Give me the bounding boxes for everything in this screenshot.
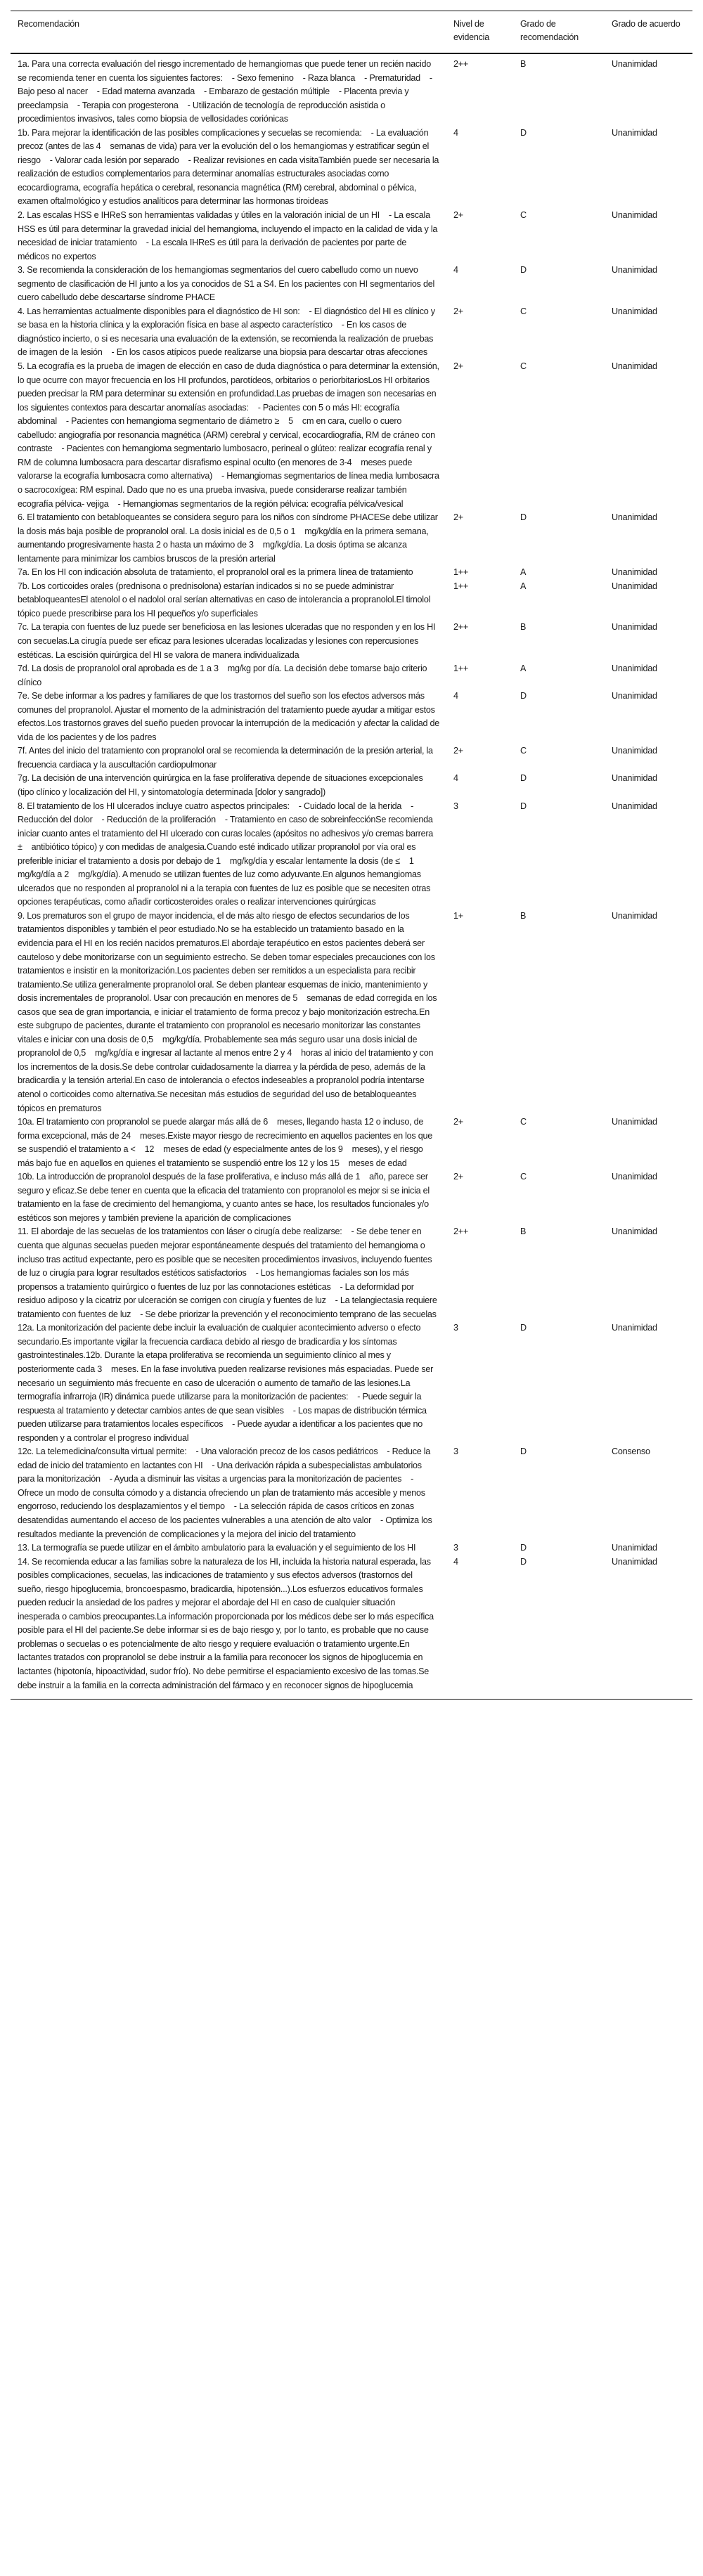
- cell-recommendation-grade: C: [513, 1115, 605, 1170]
- cell-recommendation: 8. El tratamiento de los HI ulcerados in…: [11, 800, 446, 910]
- cell-evidence-level: 1+: [446, 910, 513, 1115]
- cell-recommendation-grade: B: [513, 53, 605, 127]
- header-agreement-grade: Grado de acuerdo: [605, 11, 692, 54]
- cell-agreement-grade: Unanimidad: [605, 621, 692, 662]
- cell-evidence-level: 4: [446, 772, 513, 799]
- cell-recommendation: 7d. La dosis de propranolol oral aprobad…: [11, 662, 446, 690]
- cell-recommendation: 10a. El tratamiento con propranolol se p…: [11, 1115, 446, 1170]
- table-row: 7g. La decisión de una intervención quir…: [11, 772, 692, 799]
- cell-recommendation: 10b. La introducción de propranolol desp…: [11, 1170, 446, 1225]
- cell-evidence-level: 2+: [446, 360, 513, 511]
- cell-recommendation: 12c. La telemedicina/consulta virtual pe…: [11, 1445, 446, 1541]
- cell-agreement-grade: Unanimidad: [605, 800, 692, 910]
- cell-recommendation: 9. Los prematuros son el grupo de mayor …: [11, 910, 446, 1115]
- cell-evidence-level: 4: [446, 127, 513, 209]
- table-row: 7c. La terapia con fuentes de luz puede …: [11, 621, 692, 662]
- cell-recommendation: 3. Se recomienda la consideración de los…: [11, 264, 446, 305]
- cell-evidence-level: 2+: [446, 1170, 513, 1225]
- table-row: 7a. En los HI con indicación absoluta de…: [11, 566, 692, 580]
- cell-recommendation-grade: D: [513, 264, 605, 305]
- table-row: 2. Las escalas HSS e IHReS son herramien…: [11, 209, 692, 264]
- cell-recommendation-grade: D: [513, 1555, 605, 1700]
- header-row: Recomendación Nivel de evidencia Grado d…: [11, 11, 692, 54]
- recommendations-table: Recomendación Nivel de evidencia Grado d…: [11, 11, 692, 1700]
- cell-recommendation: 14. Se recomienda educar a las familias …: [11, 1555, 446, 1700]
- cell-evidence-level: 2+: [446, 744, 513, 772]
- table-row: 6. El tratamiento con betabloqueantes se…: [11, 511, 692, 566]
- cell-recommendation: 7f. Antes del inicio del tratamiento con…: [11, 744, 446, 772]
- cell-recommendation-grade: C: [513, 744, 605, 772]
- table-row: 7e. Se debe informar a los padres y fami…: [11, 690, 692, 744]
- cell-recommendation-grade: B: [513, 1225, 605, 1321]
- cell-evidence-level: 1++: [446, 662, 513, 690]
- cell-agreement-grade: Unanimidad: [605, 744, 692, 772]
- cell-evidence-level: 3: [446, 1541, 513, 1555]
- cell-recommendation-grade: A: [513, 566, 605, 580]
- table-row: 4. Las herramientas actualmente disponib…: [11, 305, 692, 360]
- cell-evidence-level: 4: [446, 1555, 513, 1700]
- table-row: 1b. Para mejorar la identificación de la…: [11, 127, 692, 209]
- cell-agreement-grade: Unanimidad: [605, 566, 692, 580]
- cell-evidence-level: 3: [446, 1321, 513, 1445]
- table-row: 3. Se recomienda la consideración de los…: [11, 264, 692, 305]
- cell-evidence-level: 4: [446, 690, 513, 744]
- cell-evidence-level: 2+: [446, 1115, 513, 1170]
- table-row: 1a. Para una correcta evaluación del rie…: [11, 53, 692, 127]
- cell-recommendation-grade: C: [513, 305, 605, 360]
- cell-recommendation: 11. El abordaje de las secuelas de los t…: [11, 1225, 446, 1321]
- cell-recommendation-grade: D: [513, 1541, 605, 1555]
- table-row: 11. El abordaje de las secuelas de los t…: [11, 1225, 692, 1321]
- cell-agreement-grade: Unanimidad: [605, 1225, 692, 1321]
- cell-recommendation-grade: D: [513, 772, 605, 799]
- table-row: 12c. La telemedicina/consulta virtual pe…: [11, 1445, 692, 1541]
- table-body: 1a. Para una correcta evaluación del rie…: [11, 53, 692, 1700]
- cell-recommendation-grade: B: [513, 621, 605, 662]
- cell-recommendation: 7g. La decisión de una intervención quir…: [11, 772, 446, 799]
- cell-recommendation-grade: D: [513, 511, 605, 566]
- cell-evidence-level: 2+: [446, 305, 513, 360]
- cell-recommendation-grade: C: [513, 360, 605, 511]
- cell-recommendation: 7e. Se debe informar a los padres y fami…: [11, 690, 446, 744]
- cell-evidence-level: 1++: [446, 580, 513, 621]
- table-row: 7d. La dosis de propranolol oral aprobad…: [11, 662, 692, 690]
- cell-recommendation: 7a. En los HI con indicación absoluta de…: [11, 566, 446, 580]
- cell-recommendation: 12a. La monitorización del paciente debe…: [11, 1321, 446, 1445]
- cell-agreement-grade: Unanimidad: [605, 209, 692, 264]
- cell-agreement-grade: Unanimidad: [605, 360, 692, 511]
- cell-evidence-level: 2++: [446, 53, 513, 127]
- cell-recommendation-grade: C: [513, 1170, 605, 1225]
- cell-agreement-grade: Unanimidad: [605, 53, 692, 127]
- table-row: 8. El tratamiento de los HI ulcerados in…: [11, 800, 692, 910]
- header-recommendation-grade: Grado de recomendación: [513, 11, 605, 54]
- cell-recommendation-grade: D: [513, 1445, 605, 1541]
- header-recommendation: Recomendación: [11, 11, 446, 54]
- cell-evidence-level: 4: [446, 264, 513, 305]
- cell-recommendation: 4. Las herramientas actualmente disponib…: [11, 305, 446, 360]
- cell-recommendation-grade: A: [513, 580, 605, 621]
- cell-agreement-grade: Unanimidad: [605, 264, 692, 305]
- cell-agreement-grade: Unanimidad: [605, 690, 692, 744]
- cell-recommendation-grade: C: [513, 209, 605, 264]
- cell-recommendation-grade: A: [513, 662, 605, 690]
- table-row: 12a. La monitorización del paciente debe…: [11, 1321, 692, 1445]
- table-row: 9. Los prematuros son el grupo de mayor …: [11, 910, 692, 1115]
- cell-recommendation-grade: D: [513, 1321, 605, 1445]
- cell-agreement-grade: Unanimidad: [605, 910, 692, 1115]
- cell-agreement-grade: Unanimidad: [605, 772, 692, 799]
- cell-recommendation: 1b. Para mejorar la identificación de la…: [11, 127, 446, 209]
- cell-evidence-level: 2++: [446, 621, 513, 662]
- table-row: 7f. Antes del inicio del tratamiento con…: [11, 744, 692, 772]
- cell-recommendation: 7c. La terapia con fuentes de luz puede …: [11, 621, 446, 662]
- cell-recommendation: 5. La ecografía es la prueba de imagen d…: [11, 360, 446, 511]
- cell-recommendation: 7b. Los corticoides orales (prednisona o…: [11, 580, 446, 621]
- cell-recommendation: 1a. Para una correcta evaluación del rie…: [11, 53, 446, 127]
- cell-evidence-level: 2++: [446, 1225, 513, 1321]
- cell-recommendation: 6. El tratamiento con betabloqueantes se…: [11, 511, 446, 566]
- cell-recommendation-grade: D: [513, 800, 605, 910]
- cell-recommendation: 13. La termografía se puede utilizar en …: [11, 1541, 446, 1555]
- table-header: Recomendación Nivel de evidencia Grado d…: [11, 11, 692, 54]
- table-row: 10b. La introducción de propranolol desp…: [11, 1170, 692, 1225]
- cell-agreement-grade: Unanimidad: [605, 305, 692, 360]
- header-evidence-level: Nivel de evidencia: [446, 11, 513, 54]
- cell-agreement-grade: Unanimidad: [605, 1115, 692, 1170]
- cell-agreement-grade: Consenso: [605, 1445, 692, 1541]
- table-row: 7b. Los corticoides orales (prednisona o…: [11, 580, 692, 621]
- cell-agreement-grade: Unanimidad: [605, 662, 692, 690]
- cell-agreement-grade: Unanimidad: [605, 1170, 692, 1225]
- cell-agreement-grade: Unanimidad: [605, 580, 692, 621]
- cell-agreement-grade: Unanimidad: [605, 1541, 692, 1555]
- cell-recommendation: 2. Las escalas HSS e IHReS son herramien…: [11, 209, 446, 264]
- cell-evidence-level: 3: [446, 1445, 513, 1541]
- cell-recommendation-grade: D: [513, 690, 605, 744]
- cell-evidence-level: 2+: [446, 511, 513, 566]
- cell-recommendation-grade: D: [513, 127, 605, 209]
- cell-agreement-grade: Unanimidad: [605, 1555, 692, 1700]
- cell-evidence-level: 2+: [446, 209, 513, 264]
- table-row: 5. La ecografía es la prueba de imagen d…: [11, 360, 692, 511]
- cell-agreement-grade: Unanimidad: [605, 1321, 692, 1445]
- table-row: 10a. El tratamiento con propranolol se p…: [11, 1115, 692, 1170]
- cell-evidence-level: 3: [446, 800, 513, 910]
- recommendations-table-container: Recomendación Nivel de evidencia Grado d…: [11, 11, 692, 1700]
- table-row: 14. Se recomienda educar a las familias …: [11, 1555, 692, 1700]
- cell-agreement-grade: Unanimidad: [605, 511, 692, 566]
- cell-evidence-level: 1++: [446, 566, 513, 580]
- cell-recommendation-grade: B: [513, 910, 605, 1115]
- table-row: 13. La termografía se puede utilizar en …: [11, 1541, 692, 1555]
- cell-agreement-grade: Unanimidad: [605, 127, 692, 209]
